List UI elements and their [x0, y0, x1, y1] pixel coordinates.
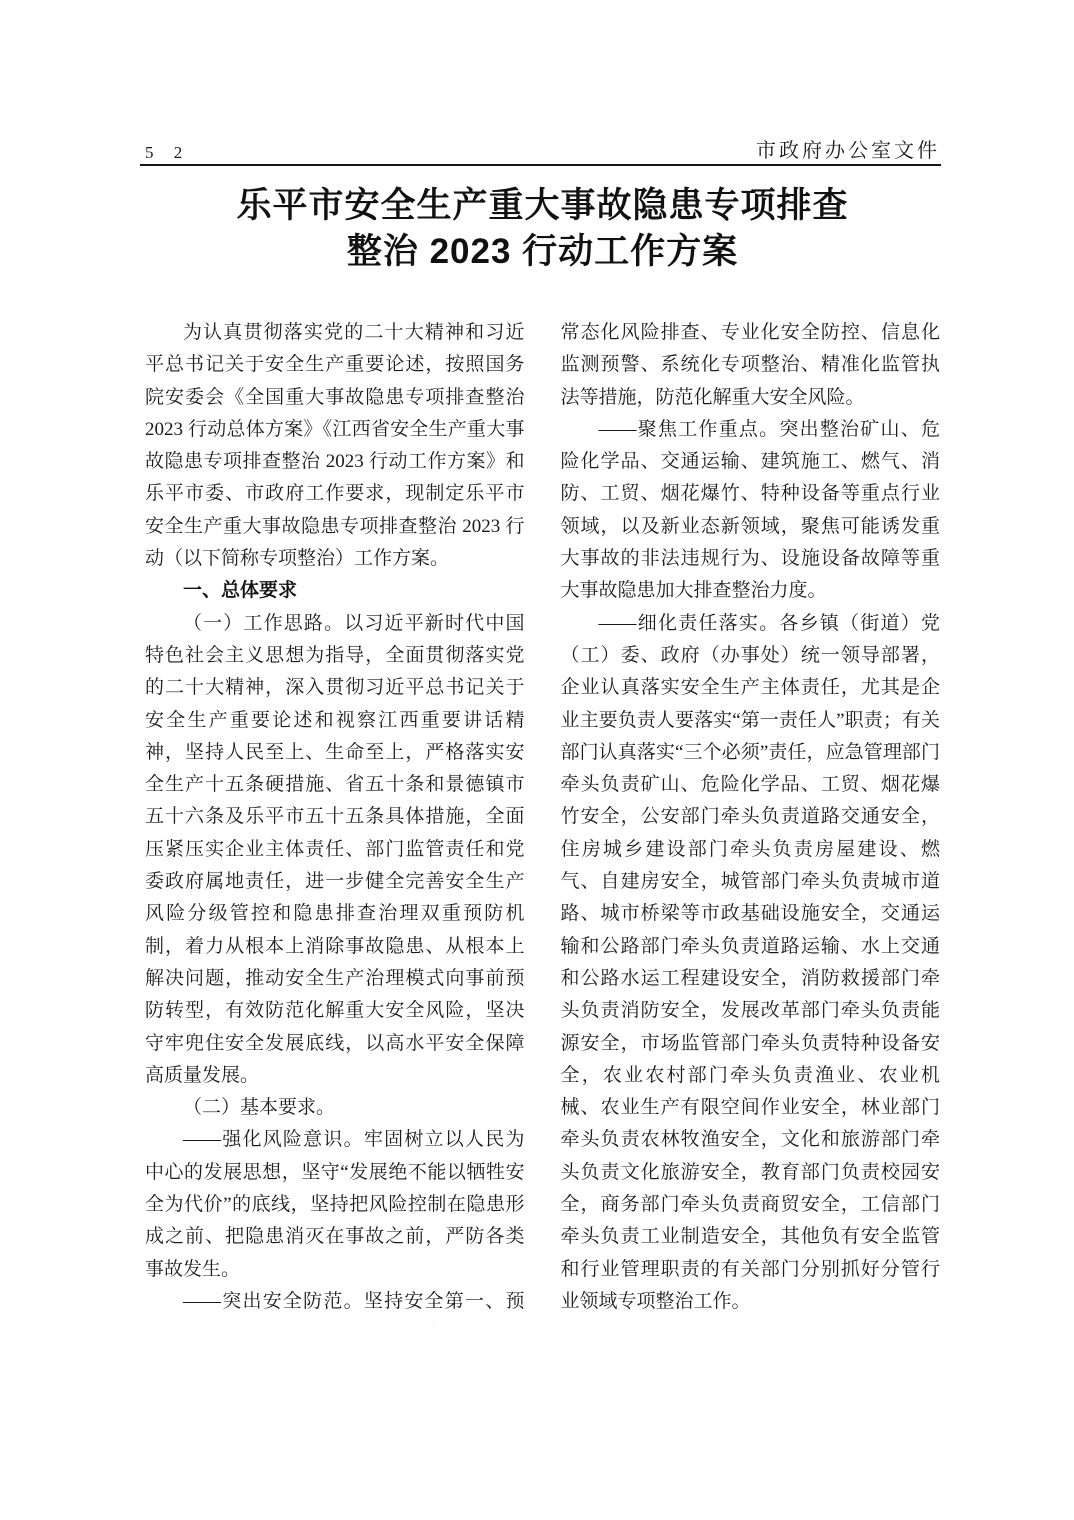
- effectiveness-paragraph: ——务求整治实效。大力实施源头治理、: [561, 1318, 941, 1323]
- page-header: 5 2 市政府办公室文件: [145, 134, 940, 163]
- header-doc-label: 市政府办公室文件: [756, 134, 940, 163]
- page-number: 5 2: [145, 143, 190, 163]
- paragraph-lead: ——聚焦工作重点。: [599, 419, 780, 440]
- basic-requirements-heading: （二）基本要求。: [145, 1092, 525, 1124]
- title-line-2: 整治 2023 行动工作方案: [145, 229, 940, 275]
- header-rule: [140, 164, 941, 166]
- paragraph-body: 以习近平新时代中国特色社会主义思想为指导，全面贯彻落实党的二十大精神，深入贯彻习…: [145, 613, 525, 1086]
- document-title: 乐平市安全生产重大事故隐患专项排查 整治 2023 行动工作方案: [145, 183, 940, 275]
- paragraph-lead: （二）基本要求。: [183, 1097, 335, 1118]
- title-line-1: 乐平市安全生产重大事故隐患专项排查: [145, 183, 940, 229]
- paragraph-lead: ——突出安全防范。: [183, 1291, 364, 1312]
- risk-awareness-paragraph: ——强化风险意识。牢固树立以人民为中心的发展思想，坚守“发展绝不能以牺牲安全为代…: [145, 1124, 525, 1285]
- paragraph-body: 突出整治矿山、危险化学品、交通运输、建筑施工、燃气、消防、工贸、烟花爆竹、特种设…: [561, 419, 941, 601]
- body-columns: 为认真贯彻落实党的二十大精神和习近平总书记关于安全生产重要论述，按照国务院安委会…: [145, 317, 940, 1323]
- paragraph-lead: ——强化风险意识。: [183, 1129, 364, 1150]
- continuation-paragraph: 常态化风险排查、专业化安全防控、信息化监测预警、系统化专项整治、精准化监管执法等…: [561, 317, 941, 414]
- paragraph-lead: ——细化责任落实。: [599, 613, 780, 634]
- work-approach-paragraph: （一）工作思路。以习近平新时代中国特色社会主义思想为指导，全面贯彻落实党的二十大…: [145, 608, 525, 1092]
- safety-prevention-paragraph: ——突出安全防范。坚持安全第一、预防为主、综合治理方针，通过制度化源头预防、: [145, 1286, 525, 1323]
- paragraph-body: 牢固树立以人民为中心的发展思想，坚守“发展绝不能以牺牲安全为代价”的底线，坚持把…: [145, 1129, 525, 1279]
- responsibility-implementation-paragraph: ——细化责任落实。各乡镇（街道）党（工）委、政府（办事处）统一领导部署，企业认真…: [561, 608, 941, 1319]
- focus-keypoints-paragraph: ——聚焦工作重点。突出整治矿山、危险化学品、交通运输、建筑施工、燃气、消防、工贸…: [561, 414, 941, 608]
- section-heading-overall-requirements: 一、总体要求: [145, 575, 525, 607]
- document-page: 5 2 市政府办公室文件 乐平市安全生产重大事故隐患专项排查 整治 2023 行…: [0, 0, 1074, 1520]
- intro-paragraph: 为认真贯彻落实党的二十大精神和习近平总书记关于安全生产重要论述，按照国务院安委会…: [145, 317, 525, 575]
- paragraph-body: 各乡镇（街道）党（工）委、政府（办事处）统一领导部署，企业认真落实安全生产主体责…: [561, 613, 941, 1312]
- right-column: 常态化风险排查、专业化安全防控、信息化监测预警、系统化专项整治、精准化监管执法等…: [561, 317, 941, 1323]
- left-column: 为认真贯彻落实党的二十大精神和习近平总书记关于安全生产重要论述，按照国务院安委会…: [145, 317, 525, 1323]
- paragraph-lead: （一）工作思路。: [183, 613, 344, 634]
